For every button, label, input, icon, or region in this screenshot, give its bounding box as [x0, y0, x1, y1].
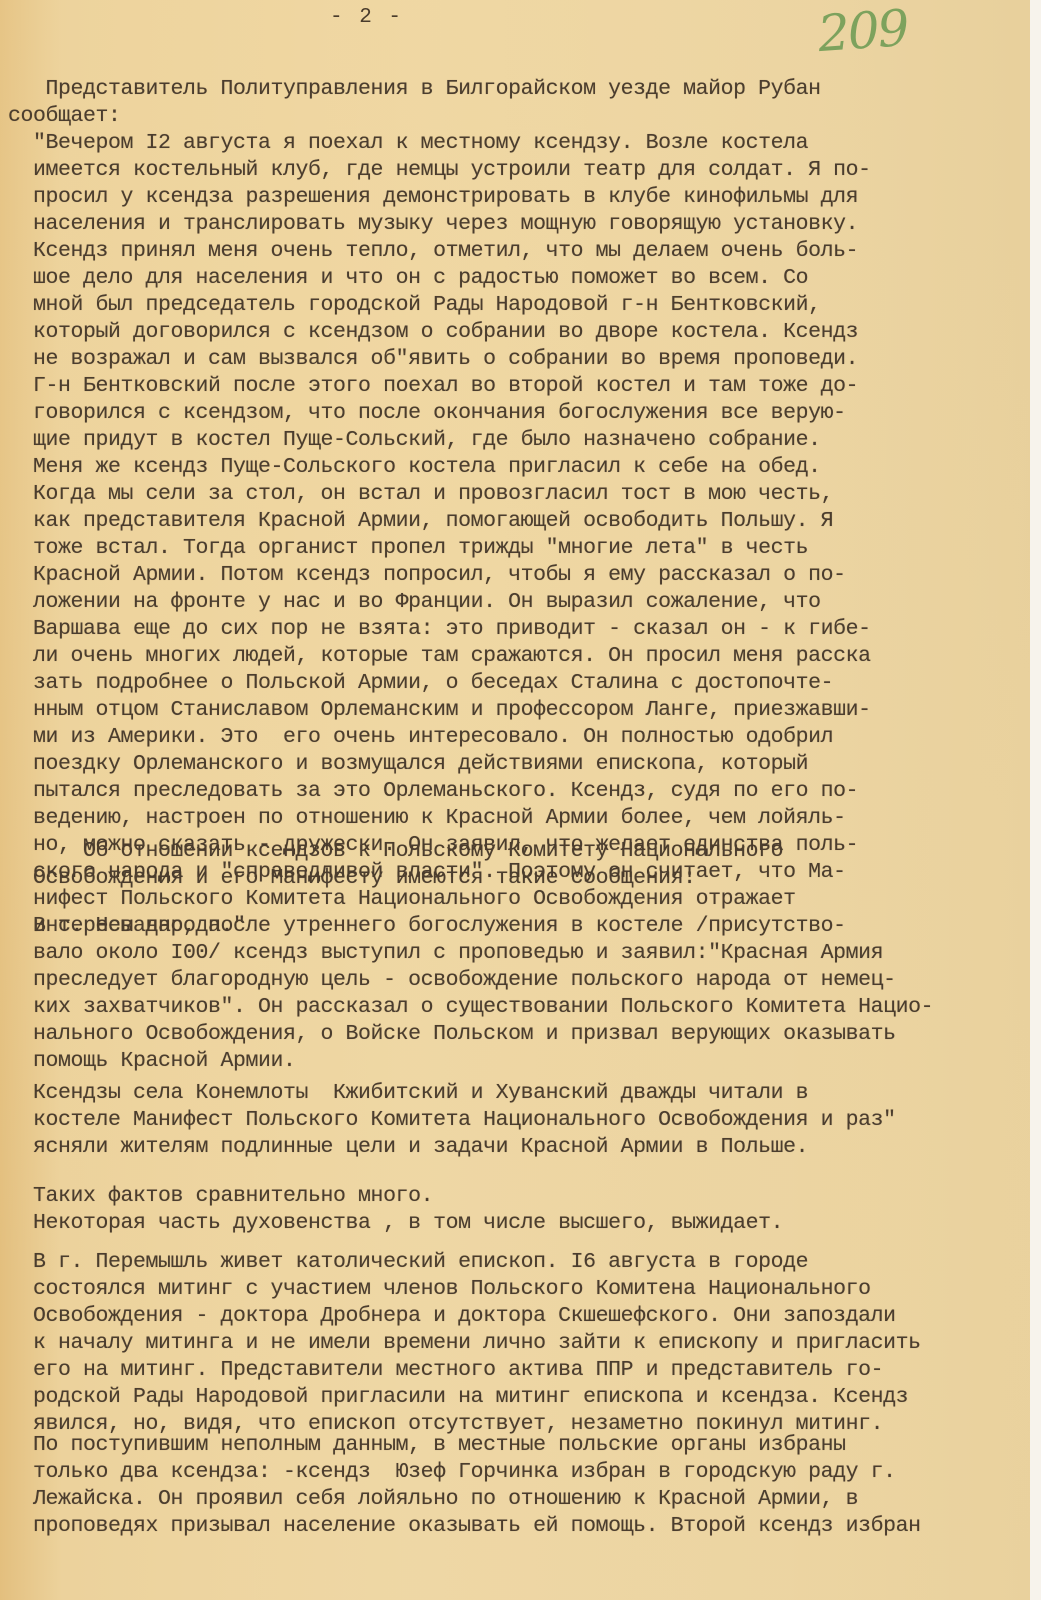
- document-page: - 2 - 209 Представитель Политуправления …: [0, 0, 1030, 1600]
- text-line: Г-н Бентковский после этого поехал во вт…: [8, 373, 1028, 400]
- text-line: Ксендзы села Конемлоты Кжибитский и Хува…: [8, 1080, 1028, 1107]
- page-number: - 2 -: [330, 6, 403, 29]
- text-line: как представителя Красной Армии, помогаю…: [8, 508, 1028, 535]
- text-line: По поступившим неполным данным, в местны…: [8, 1432, 1028, 1459]
- text-line: Освобождения и его Манифесту имеются так…: [8, 865, 1028, 892]
- text-line: Варшава еще до сих пор не взята: это при…: [8, 616, 1028, 643]
- text-line: щие придут в костел Пуще-Сольский, где б…: [8, 427, 1028, 454]
- text-line: просил у ксендза разрешения демонстриров…: [8, 184, 1028, 211]
- text-line: который договорился с ксендзом о собрани…: [8, 319, 1028, 346]
- text-line: только два ксендза: -ксендз Юзеф Горчинк…: [8, 1459, 1028, 1486]
- paragraph-intro-report: Представитель Политуправления в Билгорай…: [8, 76, 1028, 940]
- text-line: пытался преследовать за это Орлеманьског…: [8, 778, 1028, 805]
- paragraph-konemloty: Ксендзы села Конемлоты Кжибитский и Хува…: [8, 1080, 1028, 1161]
- text-line: Представитель Политуправления в Билгорай…: [8, 76, 1028, 103]
- paragraph-facts: Таких фактов сравнительно много. Некотор…: [8, 1183, 1028, 1237]
- text-line: Освобождения - доктора Дробнера и доктор…: [8, 1303, 1028, 1330]
- text-line: вало около I00/ ксендз выступил с пропов…: [8, 940, 1028, 967]
- paragraph-attitude-heading: Об отношении ксендзов к Польскому Комите…: [8, 838, 1028, 892]
- text-line: В с. Невадно, после утреннего богослужен…: [8, 913, 1028, 940]
- paragraph-elections: По поступившим неполным данным, в местны…: [8, 1432, 1028, 1540]
- text-line: Таких фактов сравнительно много.: [8, 1183, 1028, 1210]
- text-line: ми из Америки. Это его очень интересовал…: [8, 724, 1028, 751]
- text-line: не возражал и сам вызвался об"явить о со…: [8, 346, 1028, 373]
- text-line: зать подробнее о Польской Армии, о бесед…: [8, 670, 1028, 697]
- archive-folio-number: 209: [816, 0, 909, 63]
- scan-edge: [1030, 0, 1041, 1600]
- text-line: сообщает:: [8, 103, 1028, 130]
- text-line: шое дело для населения и что он с радост…: [8, 265, 1028, 292]
- text-line: ких захватчиков". Он рассказал о существ…: [8, 994, 1028, 1021]
- text-line: Ксендз принял меня очень тепло, отметил,…: [8, 238, 1028, 265]
- text-line: Меня же ксендз Пуще-Сольского костела пр…: [8, 454, 1028, 481]
- text-line: нным отцом Станиславом Орлеманским и про…: [8, 697, 1028, 724]
- text-line: ли очень многих людей, которые там сража…: [8, 643, 1028, 670]
- text-line: его на митинг. Представители местного ак…: [8, 1357, 1028, 1384]
- text-line: населения и транслировать музыку через м…: [8, 211, 1028, 238]
- text-line: тоже встал. Тогда органист пропел трижды…: [8, 535, 1028, 562]
- text-line: ясняли жителям подлинные цели и задачи К…: [8, 1134, 1028, 1161]
- text-line: помощь Красной Армии.: [8, 1048, 1028, 1075]
- text-line: к началу митинга и не имели времени личн…: [8, 1330, 1028, 1357]
- text-line: нального Освобождения, о Войске Польском…: [8, 1021, 1028, 1048]
- text-line: проповедях призывал население оказывать …: [8, 1513, 1028, 1540]
- text-line: родской Рады Народовой пригласили на мит…: [8, 1384, 1028, 1411]
- text-line: Красной Армии. Потом ксендз попросил, чт…: [8, 562, 1028, 589]
- text-line: ведению, настроен по отношению к Красной…: [8, 805, 1028, 832]
- paragraph-nevadno: В с. Невадно, после утреннего богослужен…: [8, 913, 1028, 1075]
- paragraph-peremyshl: В г. Перемышль живет католический еписко…: [8, 1249, 1028, 1438]
- text-line: Когда мы сели за стол, он встал и провоз…: [8, 481, 1028, 508]
- text-line: "Вечером I2 августа я поехал к местному …: [8, 130, 1028, 157]
- text-line: ложении на фронте у нас и во Франции. Он…: [8, 589, 1028, 616]
- text-line: Об отношении ксендзов к Польскому Комите…: [8, 838, 1028, 865]
- text-line: Некоторая часть духовенства , в том числ…: [8, 1210, 1028, 1237]
- text-line: поездку Орлеманского и возмущался действ…: [8, 751, 1028, 778]
- text-line: В г. Перемышль живет католический еписко…: [8, 1249, 1028, 1276]
- text-line: Лежайска. Он проявил себя лойяльно по от…: [8, 1486, 1028, 1513]
- text-line: состоялся митинг с участием членов Польс…: [8, 1276, 1028, 1303]
- text-line: костеле Манифест Польского Комитета Наци…: [8, 1107, 1028, 1134]
- text-line: преследует благородную цель - освобожден…: [8, 967, 1028, 994]
- text-line: имеется костельный клуб, где немцы устро…: [8, 157, 1028, 184]
- text-line: говорился с ксендзом, что после окончани…: [8, 400, 1028, 427]
- text-line: мной был председатель городской Рады Нар…: [8, 292, 1028, 319]
